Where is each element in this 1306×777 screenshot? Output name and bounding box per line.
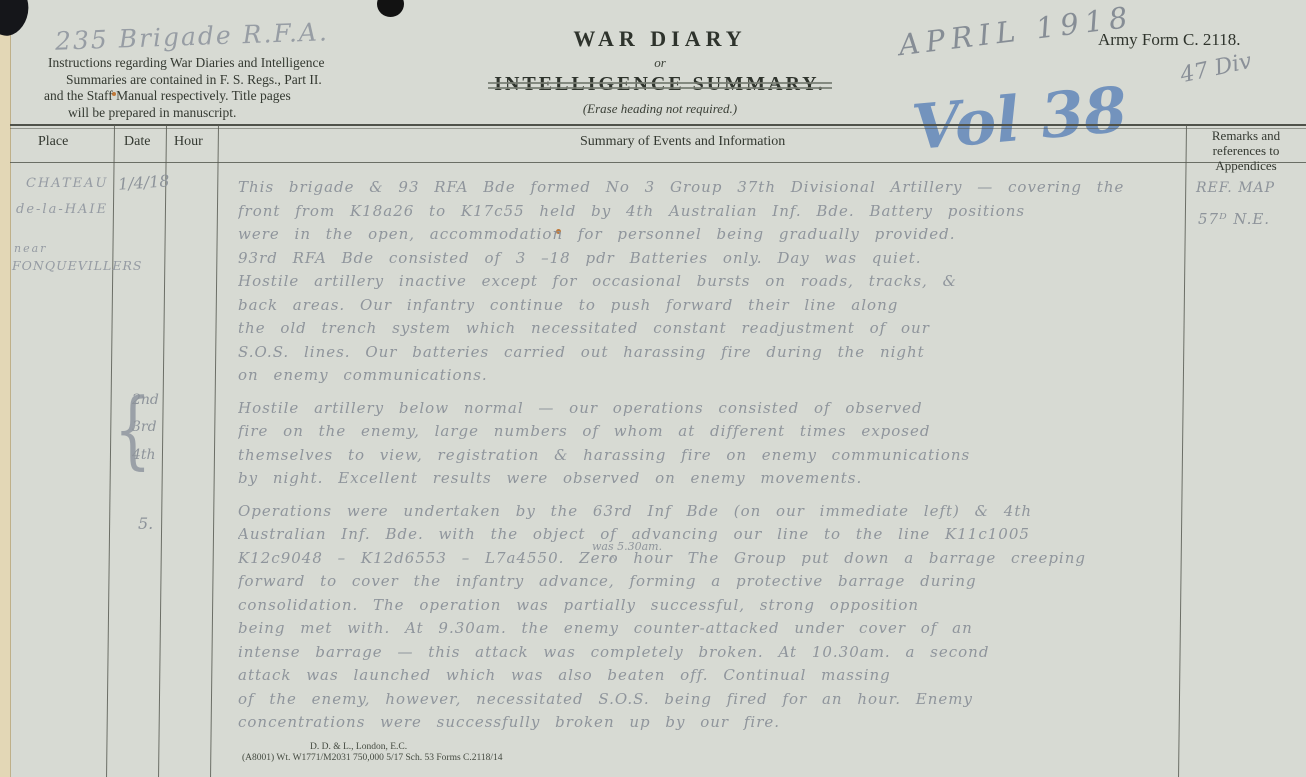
handwritten-division: 47 Div — [1178, 49, 1254, 88]
table-header-rule — [10, 162, 1306, 163]
form-title-block: WAR DIARY or INTELLIGENCE SUMMARY. (Eras… — [470, 26, 850, 117]
summary-line: were in the open, accommodation for pers… — [238, 223, 1188, 247]
place-entry-line: near — [14, 242, 47, 255]
form-subtitle-struck: INTELLIGENCE SUMMARY. — [494, 73, 826, 96]
column-header-place: Place — [38, 134, 68, 150]
summary-line: Hostile artillery below normal — our ope… — [238, 397, 1188, 421]
date-entry-ordinal: 4th — [132, 447, 156, 463]
form-title-or: or — [470, 55, 850, 71]
summary-line: of the enemy, however, necessitated S.O.… — [238, 688, 1188, 712]
summary-line: This brigade & 93 RFA Bde formed No 3 Gr… — [238, 176, 1188, 200]
table-top-rule-thin — [10, 128, 1306, 129]
summary-line: front from K18a26 to K17c55 held by 4th … — [238, 200, 1188, 224]
form-title-note: (Erase heading not required.) — [470, 101, 850, 117]
punch-hole-dot — [377, 0, 404, 17]
column-header-hour: Hour — [174, 134, 203, 150]
place-entry-line: CHATEAU — [26, 176, 108, 191]
column-header-date: Date — [124, 134, 150, 150]
date-entry-ordinal: 3rd — [132, 419, 157, 435]
column-rule-hour-summary — [210, 125, 219, 777]
strike-through-line — [488, 82, 832, 84]
remarks-header-line: references to — [1190, 143, 1302, 158]
corner-stain — [0, 0, 35, 41]
date-entry-first: 1/4/18 — [117, 171, 170, 194]
place-entry-line: de-la-HAIE — [16, 202, 108, 217]
instructions-block: Instructions regarding War Diaries and I… — [42, 55, 382, 121]
instructions-line: Instructions regarding War Diaries and I… — [48, 55, 382, 72]
summary-line: forward to cover the infantry advance, f… — [238, 570, 1188, 594]
army-form-number: Army Form C. 2118. — [1098, 30, 1240, 50]
handwritten-volume: Vol 38 — [909, 73, 1130, 164]
date-entry-ordinal: 2nd — [132, 392, 159, 408]
summary-line: being met with. At 9.30am. the enemy cou… — [238, 617, 1188, 641]
summary-line: fire on the enemy, large numbers of whom… — [238, 420, 1188, 444]
summary-line: themselves to view, registration & haras… — [238, 444, 1188, 468]
column-rule-date-hour — [158, 125, 167, 777]
imprint-line: D. D. & L., London, E.C. — [310, 742, 503, 753]
table-top-rule — [10, 124, 1306, 126]
summary-line: Hostile artillery inactive except for oc… — [238, 270, 1188, 294]
insertion-caret: ^ — [610, 552, 616, 567]
summary-line: intense barrage — this attack was comple… — [238, 641, 1188, 665]
instructions-line: Summaries are contained in F. S. Regs., … — [66, 72, 382, 89]
handwritten-unit-title: 235 Brigade R.F.A. — [55, 17, 330, 56]
summary-line: the old trench system which necessitated… — [238, 317, 1188, 341]
summary-line: S.O.S. lines. Our batteries carried out … — [238, 341, 1188, 365]
summary-line: Australian Inf. Bde. with the object of … — [238, 523, 1188, 547]
remark-ref-map: REF. MAP — [1196, 180, 1275, 196]
remarks-header-line: Remarks and — [1190, 128, 1302, 143]
remark-map-sheet: 57ᴰ N.E. — [1198, 210, 1270, 228]
place-entry-line: FONQUEVILLERS — [12, 258, 142, 273]
date-entry-last: 5. — [138, 514, 153, 533]
summary-line: on enemy communications. — [238, 364, 1188, 388]
summary-line: 93rd RFA Bde consisted of 3 –18 pdr Batt… — [238, 247, 1188, 271]
summary-text: This brigade & 93 RFA Bde formed No 3 Gr… — [238, 176, 1188, 735]
summary-line: attack was launched which was also beate… — [238, 664, 1188, 688]
summary-line: K12c9048 – K12d6553 – L7a4550. Zero hour… — [238, 547, 1188, 571]
instructions-line: will be prepared in manuscript. — [68, 105, 382, 122]
imprint-line: (A8001) Wt. W1771/M2031 750,000 5/17 Sch… — [242, 753, 503, 764]
instructions-line: and the Staff Manual respectively. Title… — [44, 88, 382, 105]
summary-line: concentrations were successfully broken … — [238, 711, 1188, 735]
column-header-remarks: Remarks and references to Appendices — [1190, 128, 1302, 173]
interlinear-insertion: was 5.30am. — [592, 540, 662, 553]
summary-line: by night. Excellent results were observe… — [238, 467, 1188, 491]
remarks-header-line: Appendices — [1190, 158, 1302, 173]
form-title: WAR DIARY — [470, 26, 850, 52]
binding-margin-strip — [0, 0, 11, 777]
summary-line: Operations were undertaken by the 63rd I… — [238, 500, 1188, 524]
summary-line: back areas. Our infantry continue to pus… — [238, 294, 1188, 318]
war-diary-page: 235 Brigade R.F.A. APRIL 1918 47 Div Vol… — [0, 0, 1306, 777]
summary-line: consolidation. The operation was partial… — [238, 594, 1188, 618]
printers-imprint: D. D. & L., London, E.C. (A8001) Wt. W17… — [242, 742, 503, 764]
column-header-summary: Summary of Events and Information — [580, 134, 785, 150]
strike-through-line — [488, 87, 832, 89]
